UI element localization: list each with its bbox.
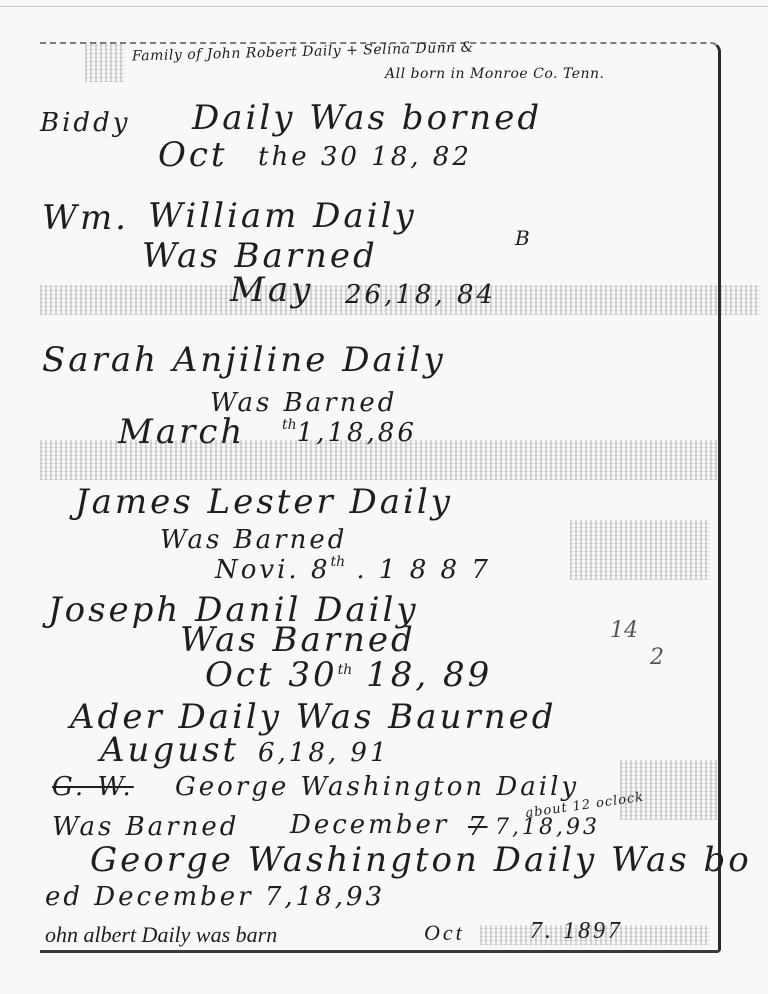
entry-date: 7,18,93 bbox=[495, 815, 600, 840]
entry-date-value: 1,18,86 bbox=[297, 418, 417, 448]
scanned-document-page: Family of John Robert Daily + Selina Dun… bbox=[0, 0, 768, 994]
entry-date: the 30 18, 82 bbox=[258, 142, 472, 172]
entry-date-day: 8 bbox=[311, 555, 331, 585]
entry-name: Sarah Anjiline Daily bbox=[42, 340, 446, 380]
entry-date-month: Oct bbox=[205, 655, 275, 695]
entry-name: William Daily bbox=[148, 196, 417, 236]
entry-date: Novi. 8th . 1 8 8 7 bbox=[215, 555, 491, 585]
header-line-2: All born in Monroe Co. Tenn. bbox=[385, 66, 604, 82]
entry-date: 6,18, 91 bbox=[258, 738, 390, 768]
entry-verb: Was Barned bbox=[160, 525, 347, 555]
entry-name: ohn albert Daily was barn bbox=[45, 922, 277, 948]
entry-name: James Lester Daily bbox=[75, 482, 453, 522]
date-superscript: th bbox=[282, 417, 297, 433]
entry-note: B bbox=[515, 226, 530, 250]
margin-mark: 14 bbox=[610, 618, 638, 643]
entry-date-value: 18, 89 bbox=[366, 655, 492, 695]
entry-prefix: G. W. bbox=[52, 772, 134, 802]
entry-name: George Washington Daily Was bo bbox=[90, 840, 752, 880]
entry-date: 7. 1897 bbox=[530, 918, 623, 945]
entry-date-month: May bbox=[230, 270, 313, 310]
entry-date: Oct 30th 18, 89 bbox=[205, 655, 492, 695]
entry-date-month: Oct bbox=[424, 920, 465, 946]
entry-continuation: ed December 7,18,93 bbox=[45, 882, 385, 912]
entry-date-day: 7 bbox=[468, 812, 488, 842]
margin-mark: 2 bbox=[650, 645, 664, 670]
entry-date-month: August bbox=[100, 730, 239, 770]
entry-date-month: Novi. bbox=[215, 555, 300, 585]
entry-verb: Was Barned bbox=[52, 812, 239, 842]
entry-prefix: Wm. bbox=[42, 198, 129, 238]
date-superscript: th bbox=[330, 554, 345, 570]
date-superscript: th bbox=[338, 662, 353, 678]
entry-date-value: . 1 8 8 7 bbox=[356, 555, 491, 585]
entry-name: George Washington Daily bbox=[175, 772, 579, 802]
entry-date-month: March bbox=[118, 412, 245, 452]
entry-name: Daily Was borned bbox=[192, 98, 542, 138]
paper-top-edge bbox=[0, 6, 768, 7]
entry-verb: Was Barned bbox=[180, 620, 416, 660]
entry-date-month: December bbox=[290, 810, 449, 840]
entry-date: 26,18, 84 bbox=[345, 280, 496, 310]
entry-date-month: Oct bbox=[158, 135, 228, 175]
entry-prefix: Biddy bbox=[40, 108, 130, 138]
entry-date-day: 30 bbox=[288, 655, 337, 695]
entry-date: th1,18,86 bbox=[282, 418, 417, 448]
